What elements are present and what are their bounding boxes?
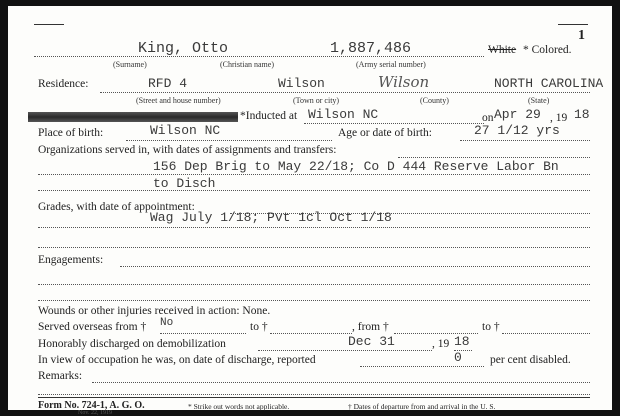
race-colored: * Colored. <box>523 44 572 56</box>
grades-value: Wag July 1/18; Pvt 1cl Oct 1/18 <box>150 210 392 225</box>
engagements-label: Engagements: <box>38 254 103 266</box>
orgs-line-2: to Disch <box>153 176 215 191</box>
race-white-struck: White <box>488 44 516 56</box>
caption-state: (State) <box>528 96 549 105</box>
inducted-label: *Inducted at <box>240 110 297 122</box>
residence-town: Wilson <box>278 76 325 91</box>
discharged-label: Honorably discharged on demobilization <box>38 338 226 350</box>
caption-street: (Street and house number) <box>136 96 221 105</box>
top-left-rule <box>34 24 64 25</box>
discharge-date: Dec 31 <box>348 334 395 349</box>
service-card: 1 King, Otto 1,887,486 White * Colored. … <box>8 6 612 410</box>
residence-county: Wilson <box>378 73 429 91</box>
overseas-label: Served overseas from † <box>38 321 146 333</box>
induction-year: 18 <box>574 107 590 122</box>
disability-label: In view of occupation he was, on date of… <box>38 354 316 366</box>
induction-date: Apr 29 <box>494 107 541 122</box>
from-label: , from † <box>352 321 389 333</box>
residence-state: NORTH CAROLINA <box>494 76 603 91</box>
discharge-year: 18 <box>454 334 470 349</box>
caption-serial: (Army serial number) <box>356 60 426 69</box>
top-right-rule <box>558 24 588 25</box>
residence-label: Residence: <box>38 78 88 90</box>
redacted-enlist-options <box>28 112 238 122</box>
caption-town: (Town or city) <box>293 96 339 105</box>
age-value: 27 1/12 yrs <box>474 123 560 138</box>
to-label-2: to † <box>482 321 500 333</box>
wounds-label: Wounds or other injuries received in act… <box>38 305 270 317</box>
caption-county: (County) <box>420 96 449 105</box>
disability-suffix: per cent disabled. <box>490 354 571 366</box>
footnote-dagger: † Dates of departure from and arrival in… <box>348 402 495 411</box>
discharge-year-prefix: , 19 <box>432 338 449 350</box>
overseas-from-value: No <box>160 317 173 329</box>
age-label: Age or date of birth: <box>338 127 432 139</box>
footnote-star: * Strike out words not applicable. <box>188 402 289 411</box>
card-number: 1 <box>578 28 585 44</box>
form-date: Nov. 22, 1919 <box>78 410 112 416</box>
residence-line <box>100 92 590 93</box>
orgs-label: Organizations served in, with dates of a… <box>38 144 336 156</box>
disability-value: 0 <box>454 350 462 365</box>
to-label-1: to † <box>250 321 268 333</box>
birth-place-label: Place of birth: <box>38 127 103 139</box>
serial-value: 1,887,486 <box>330 40 411 57</box>
caption-surname: (Surname) <box>113 60 147 69</box>
inducted-at-value: Wilson NC <box>308 107 378 122</box>
caption-christian: (Christian name) <box>220 60 274 69</box>
name-line <box>34 56 484 57</box>
name-value: King, Otto <box>138 40 228 57</box>
remarks-label: Remarks: <box>38 370 82 382</box>
footer-rule <box>38 397 590 398</box>
residence-street: RFD 4 <box>148 76 187 91</box>
birth-place-value: Wilson NC <box>150 123 220 138</box>
orgs-line-1: 156 Dep Brig to May 22/18; Co D 444 Rese… <box>153 159 559 174</box>
